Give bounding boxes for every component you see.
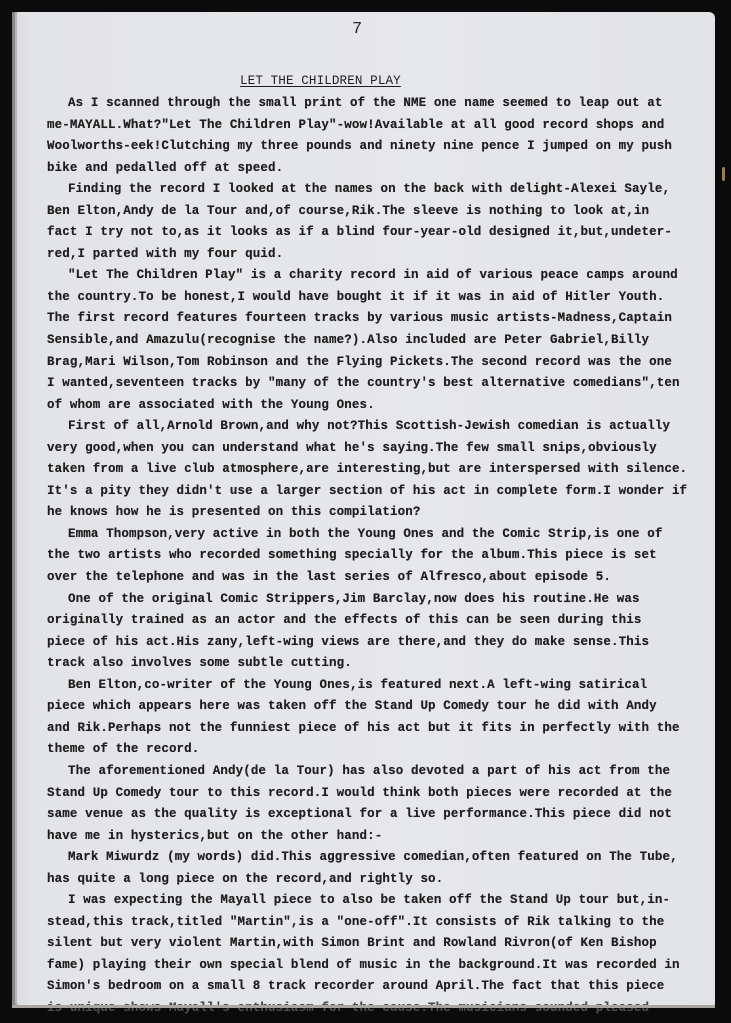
text-line: red,I parted with my four quid. bbox=[47, 244, 712, 266]
text-line: track also involves some subtle cutting. bbox=[47, 653, 712, 675]
text-line: piece of his act.His zany,left-wing view… bbox=[47, 632, 712, 654]
text-line: The aforementioned Andy(de la Tour) has … bbox=[47, 761, 712, 783]
text-line: bike and pedalled off at speed. bbox=[47, 158, 712, 180]
text-line: of whom are associated with the Young On… bbox=[47, 395, 712, 417]
text-line: and Rik.Perhaps not the funniest piece o… bbox=[47, 718, 712, 740]
typewritten-page: 7 LET THE CHILDREN PLAY As I scanned thr… bbox=[12, 12, 715, 1005]
paper-stain bbox=[722, 167, 725, 181]
text-line: The first record features fourteen track… bbox=[47, 308, 712, 330]
text-line: Simon's bedroom on a small 8 track recor… bbox=[47, 976, 712, 998]
text-line: I was expecting the Mayall piece to also… bbox=[47, 890, 712, 912]
text-line: Ben Elton,co-writer of the Young Ones,is… bbox=[47, 675, 712, 697]
text-line: is unique shows Mayall's enthusiasm for … bbox=[47, 998, 712, 1020]
text-line: he knows how he is presented on this com… bbox=[47, 502, 712, 524]
text-line: I wanted,seventeen tracks by "many of th… bbox=[47, 373, 712, 395]
text-line: Mark Miwurdz (my words) did.This aggress… bbox=[47, 847, 712, 869]
text-line: piece which appears here was taken off t… bbox=[47, 696, 712, 718]
article-body: As I scanned through the small print of … bbox=[47, 93, 712, 1020]
text-line: As I scanned through the small print of … bbox=[47, 93, 712, 115]
article-title: LET THE CHILDREN PLAY bbox=[240, 74, 401, 88]
text-line: First of all,Arnold Brown,and why not?Th… bbox=[47, 416, 712, 438]
text-line: Emma Thompson,very active in both the Yo… bbox=[47, 524, 712, 546]
page-number: 7 bbox=[352, 20, 362, 39]
text-line: over the telephone and was in the last s… bbox=[47, 567, 712, 589]
text-line: Woolworths-eek!Clutching my three pounds… bbox=[47, 136, 712, 158]
text-line: taken from a live club atmosphere,are in… bbox=[47, 459, 712, 481]
text-line: Sensible,and Amazulu(recognise the name?… bbox=[47, 330, 712, 352]
text-line: Finding the record I looked at the names… bbox=[47, 179, 712, 201]
text-line: fact I try not to,as it looks as if a bl… bbox=[47, 222, 712, 244]
text-line: very good,when you can understand what h… bbox=[47, 438, 712, 460]
text-line: originally trained as an actor and the e… bbox=[47, 610, 712, 632]
text-line: the country.To be honest,I would have bo… bbox=[47, 287, 712, 309]
text-line: fame) playing their own special blend of… bbox=[47, 955, 712, 977]
text-line: silent but very violent Martin,with Simo… bbox=[47, 933, 712, 955]
text-line: same venue as the quality is exceptional… bbox=[47, 804, 712, 826]
text-line: It's a pity they didn't use a larger sec… bbox=[47, 481, 712, 503]
text-line: theme of the record. bbox=[47, 739, 712, 761]
text-line: "Let The Children Play" is a charity rec… bbox=[47, 265, 712, 287]
text-line: has quite a long piece on the record,and… bbox=[47, 869, 712, 891]
text-line: One of the original Comic Strippers,Jim … bbox=[47, 589, 712, 611]
text-line: have me in hysterics,but on the other ha… bbox=[47, 826, 712, 848]
text-line: stead,this track,titled "Martin",is a "o… bbox=[47, 912, 712, 934]
text-line: Brag,Mari Wilson,Tom Robinson and the Fl… bbox=[47, 352, 712, 374]
text-line: Ben Elton,Andy de la Tour and,of course,… bbox=[47, 201, 712, 223]
text-line: Stand Up Comedy tour to this record.I wo… bbox=[47, 783, 712, 805]
text-line: me-MAYALL.What?"Let The Children Play"-w… bbox=[47, 115, 712, 137]
text-line: the two artists who recorded something s… bbox=[47, 545, 712, 567]
